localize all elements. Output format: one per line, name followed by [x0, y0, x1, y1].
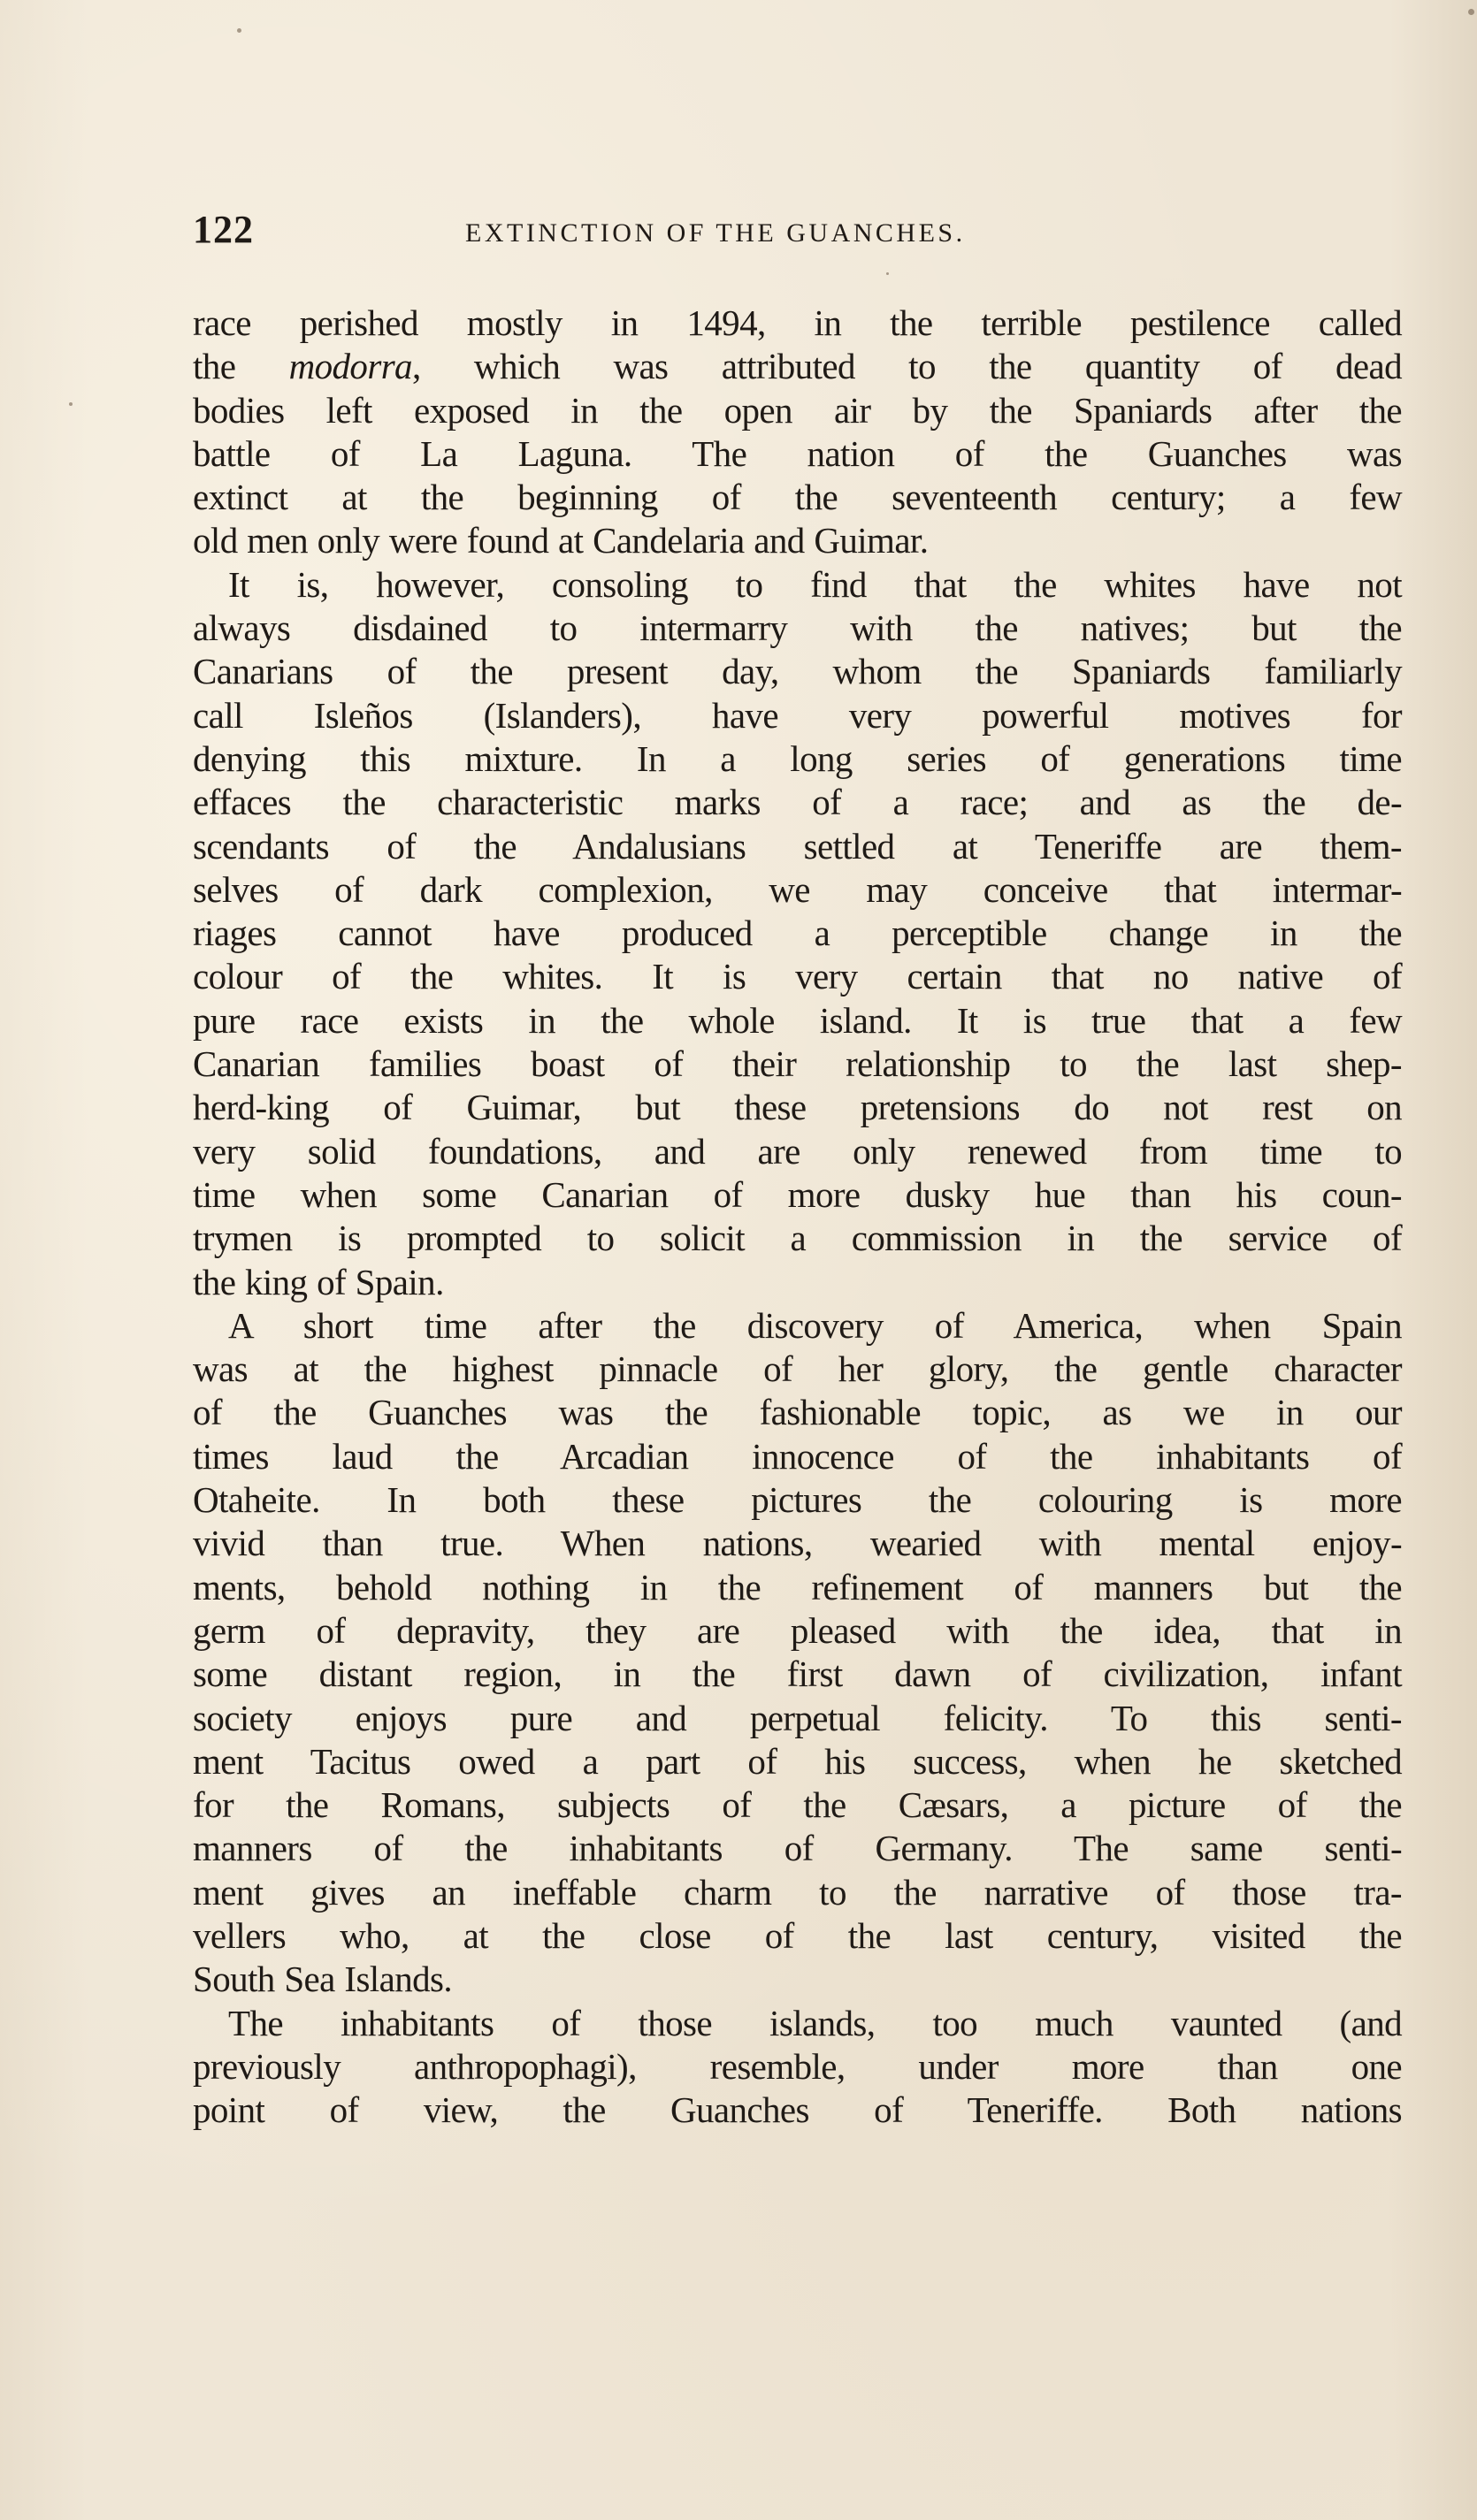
paper-speck	[237, 28, 241, 33]
text-line: Canarians of the present day, whom the S…	[193, 650, 1402, 693]
paragraph: The inhabitants of those islands, too mu…	[193, 2002, 1402, 2133]
text-line: trymen is prompted to solicit a commissi…	[193, 1217, 1402, 1260]
running-title: EXTINCTION OF THE GUANCHES.	[465, 207, 966, 260]
text-line: call Isleños (Islanders), have very powe…	[193, 694, 1402, 737]
text-line: manners of the inhabitants of Germany. T…	[193, 1827, 1402, 1870]
text-line: selves of dark complexion, we may concei…	[193, 868, 1402, 912]
paragraph: A short time after the discovery of Amer…	[193, 1304, 1402, 2002]
text-line: Canarian families boast of their relatio…	[193, 1042, 1402, 1086]
text-line: was at the highest pinnacle of her glory…	[193, 1348, 1402, 1391]
paragraph: race perished mostly in 1494, in the ter…	[193, 302, 1402, 563]
text-line: the king of Spain.	[193, 1261, 1402, 1304]
text-line: the modorra, which was attributed to the…	[193, 345, 1402, 388]
text-line: for the Romans, subjects of the Cæsars, …	[193, 1783, 1402, 1827]
book-page: 122 EXTINCTION OF THE GUANCHES. race per…	[0, 0, 1477, 2520]
text-line: of the Guanches was the fashionable topi…	[193, 1391, 1402, 1434]
text-line: race perished mostly in 1494, in the ter…	[193, 302, 1402, 345]
text-line: times laud the Arcadian innocence of the…	[193, 1435, 1402, 1478]
text-line: colour of the whites. It is very certain…	[193, 955, 1402, 998]
page-number: 122	[193, 203, 254, 256]
text-line: always disdained to intermarry with the …	[193, 607, 1402, 650]
text-line: herd-king of Guimar, but these pretensio…	[193, 1086, 1402, 1129]
text-line: old men only were found at Candelaria an…	[193, 519, 1402, 562]
text-line: pure race exists in the whole island. It…	[193, 999, 1402, 1042]
text-line: scendants of the Andalusians settled at …	[193, 825, 1402, 868]
text-line: riages cannot have produced a perceptibl…	[193, 912, 1402, 955]
text-line: ment gives an ineffable charm to the nar…	[193, 1871, 1402, 1914]
running-head: 122 EXTINCTION OF THE GUANCHES.	[193, 203, 1402, 256]
text-line: extinct at the beginning of the seventee…	[193, 476, 1402, 519]
text-line: society enjoys pure and perpetual felici…	[193, 1697, 1402, 1740]
text-line: The inhabitants of those islands, too mu…	[193, 2002, 1402, 2045]
text-line: time when some Canarian of more dusky hu…	[193, 1173, 1402, 1217]
italic-term: modorra	[289, 346, 412, 386]
text-line: denying this mixture. In a long series o…	[193, 737, 1402, 781]
text-line: It is, however, consoling to find that t…	[193, 563, 1402, 607]
text-line: effaces the characteristic marks of a ra…	[193, 781, 1402, 824]
text-line: South Sea Islands.	[193, 1958, 1402, 2001]
text-line: Otaheite. In both these pictures the col…	[193, 1478, 1402, 1522]
text-line: A short time after the discovery of Amer…	[193, 1304, 1402, 1348]
text-line: vivid than true. When nations, wearied w…	[193, 1522, 1402, 1565]
text-line: battle of La Laguna. The nation of the G…	[193, 432, 1402, 476]
text-line: germ of depravity, they are pleased with…	[193, 1609, 1402, 1653]
paper-speck	[1468, 9, 1474, 15]
text-line: ments, behold nothing in the refinement …	[193, 1566, 1402, 1609]
paragraph: It is, however, consoling to find that t…	[193, 563, 1402, 1304]
text-line: previously anthropophagi), resemble, und…	[193, 2045, 1402, 2089]
text-line: vellers who, at the close of the last ce…	[193, 1914, 1402, 1958]
paper-speck	[886, 272, 889, 275]
text-line: bodies left exposed in the open air by t…	[193, 389, 1402, 432]
text-line: ment Tacitus owed a part of his success,…	[193, 1740, 1402, 1783]
body-text: race perished mostly in 1494, in the ter…	[193, 302, 1402, 2132]
text-line: some distant region, in the first dawn o…	[193, 1653, 1402, 1696]
text-line: very solid foundations, and are only ren…	[193, 1130, 1402, 1173]
text-line: point of view, the Guanches of Teneriffe…	[193, 2089, 1402, 2132]
paper-speck	[69, 402, 73, 406]
